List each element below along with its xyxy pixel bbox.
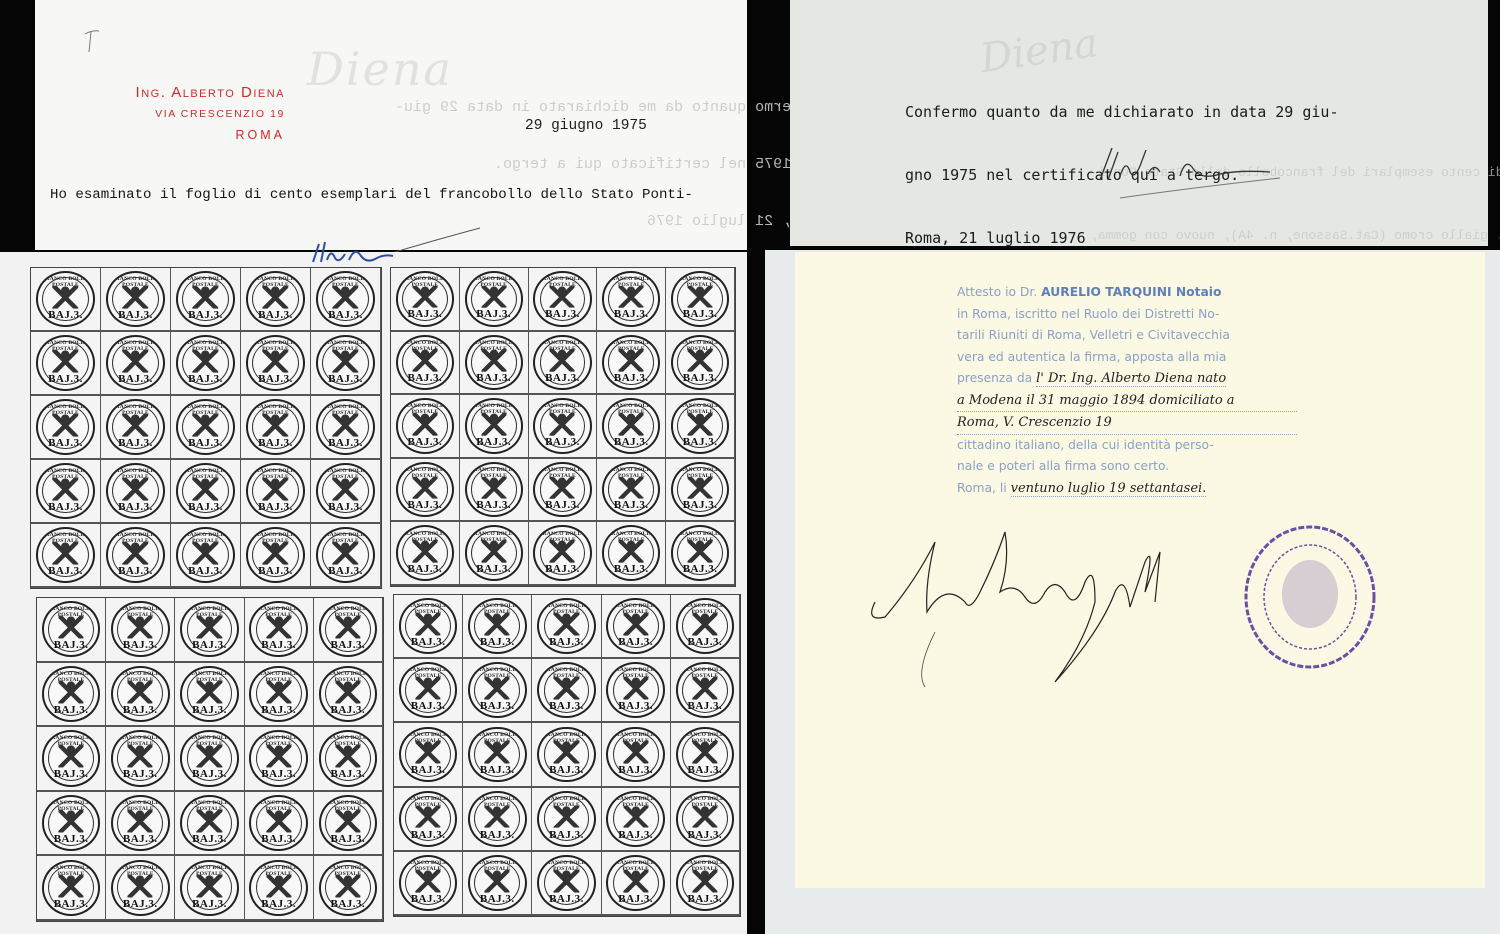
papal-keys-icon [416,805,441,828]
stamp-oval: FRANCO BOLLO POSTALEBAJ.3. [176,527,235,583]
stamp: FRANCO BOLLO POSTALEBAJ.3. [314,663,383,728]
stamp: FRANCO BOLLO POSTALEBAJ.3. [460,459,529,523]
papal-keys-icon [197,616,222,639]
stamp: FRANCO BOLLO POSTALEBAJ.3. [175,663,244,728]
stamp-oval: FRANCO BOLLO POSTALEBAJ.3. [533,271,591,326]
papal-keys-icon [554,677,579,700]
papal-keys-icon [481,285,506,308]
stamp-oval: FRANCO BOLLO POSTALEBAJ.3. [246,335,305,391]
stamp-oval: FRANCO BOLLO POSTALEBAJ.3. [36,399,95,455]
stamp: FRANCO BOLLO POSTALEBAJ.3. [241,396,311,460]
stamp-value: BAJ.3. [251,639,306,651]
stamp-value: BAJ.3. [608,893,663,905]
stamp-oval: FRANCO BOLLO POSTALEBAJ.3. [465,398,523,453]
stamp-value: BAJ.3. [38,309,93,321]
stamp-oval: FRANCO BOLLO POSTALEBAJ.3. [602,335,660,390]
stamp-value: BAJ.3. [467,499,521,511]
stamp-oval: FRANCO BOLLO POSTALEBAJ.3. [180,601,239,657]
stamp-oval: FRANCO BOLLO POSTALEBAJ.3. [676,662,735,718]
stamp-oval: FRANCO BOLLO POSTALEBAJ.3. [671,398,729,453]
stamp-oval: FRANCO BOLLO POSTALEBAJ.3. [468,727,527,783]
stamp-oval: FRANCO BOLLO POSTALEBAJ.3. [36,271,95,327]
stamp-oval: FRANCO BOLLO POSTALEBAJ.3. [106,463,165,519]
stamp-value: BAJ.3. [113,833,168,845]
papal-keys-icon [416,613,441,636]
text: Roma, li [957,481,1011,495]
stamp: FRANCO BOLLO POSTALEBAJ.3. [391,522,460,586]
stamp: FRANCO BOLLO POSTALEBAJ.3. [666,395,735,459]
stamp-value: BAJ.3. [108,373,163,385]
stamp-oval: FRANCO BOLLO POSTALEBAJ.3. [36,527,95,583]
papal-keys-icon [263,350,288,373]
stamp: FRANCO BOLLO POSTALEBAJ.3. [314,792,383,857]
stamp-oval: FRANCO BOLLO POSTALEBAJ.3. [249,860,308,916]
papal-keys-icon [412,349,437,372]
stamp-value: BAJ.3. [321,833,376,845]
papal-keys-icon [333,286,358,309]
stamp-value: BAJ.3. [108,309,163,321]
stamp-oval: FRANCO BOLLO POSTALEBAJ.3. [468,598,527,654]
stamp-value: BAJ.3. [539,700,594,712]
papal-keys-icon [193,286,218,309]
stamp: FRANCO BOLLO POSTALEBAJ.3. [463,659,532,723]
stamp: FRANCO BOLLO POSTALEBAJ.3. [602,595,671,659]
papal-keys-icon [197,680,222,703]
text: presenza da [957,371,1032,385]
stamp-oval: FRANCO BOLLO POSTALEBAJ.3. [537,598,596,654]
stamp-oval: FRANCO BOLLO POSTALEBAJ.3. [319,666,378,722]
stamp-value: BAJ.3. [535,372,589,384]
stamp: FRANCO BOLLO POSTALEBAJ.3. [394,852,463,916]
stamp-oval: FRANCO BOLLO POSTALEBAJ.3. [606,727,665,783]
papal-keys-icon [412,476,437,499]
papal-keys-icon [128,616,153,639]
stamp: FRANCO BOLLO POSTALEBAJ.3. [241,460,311,524]
stamp: FRANCO BOLLO POSTALEBAJ.3. [602,723,671,787]
notary-line: presenza da l' Dr. Ing. Alberto Diena na… [957,368,1297,390]
stamp-value: BAJ.3. [38,373,93,385]
stamp-value: BAJ.3. [113,639,168,651]
papal-keys-icon [197,809,222,832]
papal-keys-icon [263,414,288,437]
stamp-oval: FRANCO BOLLO POSTALEBAJ.3. [468,855,527,911]
stamp-oval: FRANCO BOLLO POSTALEBAJ.3. [246,527,305,583]
stamp-oval: FRANCO BOLLO POSTALEBAJ.3. [465,271,523,326]
stamp: FRANCO BOLLO POSTALEBAJ.3. [597,332,666,396]
stamp: FRANCO BOLLO POSTALEBAJ.3. [314,598,383,663]
papal-keys-icon [623,613,648,636]
stamp: FRANCO BOLLO POSTALEBAJ.3. [106,792,175,857]
stamp-value: BAJ.3. [673,372,727,384]
stamp: FRANCO BOLLO POSTALEBAJ.3. [245,792,314,857]
confirmation-line: Confermo quanto da me dichiarato in data… [905,102,1338,123]
papal-keys-icon [550,349,575,372]
papal-keys-icon [123,414,148,437]
papal-keys-icon [123,286,148,309]
stamp-value: BAJ.3. [673,563,727,575]
stamp: FRANCO BOLLO POSTALEBAJ.3. [31,524,101,588]
stamp: FRANCO BOLLO POSTALEBAJ.3. [311,332,381,396]
stamp: FRANCO BOLLO POSTALEBAJ.3. [597,395,666,459]
stamp: FRANCO BOLLO POSTALEBAJ.3. [532,659,601,723]
stamp: FRANCO BOLLO POSTALEBAJ.3. [31,396,101,460]
papal-keys-icon [59,680,84,703]
stamp: FRANCO BOLLO POSTALEBAJ.3. [245,856,314,921]
stamp-oval: FRANCO BOLLO POSTALEBAJ.3. [676,855,735,911]
papal-keys-icon [481,413,506,436]
stamp: FRANCO BOLLO POSTALEBAJ.3. [597,459,666,523]
papal-keys-icon [53,542,78,565]
stamp-value: BAJ.3. [604,499,658,511]
stamp: FRANCO BOLLO POSTALEBAJ.3. [463,723,532,787]
stamp-value: BAJ.3. [248,373,303,385]
stamp-value: BAJ.3. [470,636,525,648]
certificate-sheet: Diena Confermo quanto da me dichiarato i… [35,0,747,250]
stamp-oval: FRANCO BOLLO POSTALEBAJ.3. [606,791,665,847]
stamp: FRANCO BOLLO POSTALEBAJ.3. [106,856,175,921]
stamp-oval: FRANCO BOLLO POSTALEBAJ.3. [468,791,527,847]
stamp-value: BAJ.3. [178,565,233,577]
notary-attestation: Attesto io Dr. AURELIO TARQUINI Notaio i… [795,252,1485,888]
stamp: FRANCO BOLLO POSTALEBAJ.3. [171,268,241,332]
stamp-value: BAJ.3. [113,768,168,780]
papal-keys-icon [554,741,579,764]
stamp-oval: FRANCO BOLLO POSTALEBAJ.3. [111,795,170,851]
stamp-oval: FRANCO BOLLO POSTALEBAJ.3. [176,271,235,327]
stamp: FRANCO BOLLO POSTALEBAJ.3. [245,663,314,728]
stamp: FRANCO BOLLO POSTALEBAJ.3. [101,524,171,588]
stamp: FRANCO BOLLO POSTALEBAJ.3. [101,268,171,332]
stamp: FRANCO BOLLO POSTALEBAJ.3. [37,727,106,792]
stamp-value: BAJ.3. [113,898,168,910]
letterhead-street: VIA CRESCENZIO 19 [85,104,285,124]
stamp-oval: FRANCO BOLLO POSTALEBAJ.3. [42,860,101,916]
stamp: FRANCO BOLLO POSTALEBAJ.3. [311,396,381,460]
stamp: FRANCO BOLLO POSTALEBAJ.3. [241,524,311,588]
stamp-oval: FRANCO BOLLO POSTALEBAJ.3. [319,795,378,851]
papal-keys-icon [550,476,575,499]
stamp: FRANCO BOLLO POSTALEBAJ.3. [391,459,460,523]
stamp-value: BAJ.3. [398,563,452,575]
papal-keys-icon [53,350,78,373]
stamp-oval: FRANCO BOLLO POSTALEBAJ.3. [671,525,729,580]
stamp-value: BAJ.3. [318,373,373,385]
stamp: FRANCO BOLLO POSTALEBAJ.3. [391,395,460,459]
stamp: FRANCO BOLLO POSTALEBAJ.3. [171,332,241,396]
papal-keys-icon [619,476,644,499]
stamp-value: BAJ.3. [535,308,589,320]
stamp-oval: FRANCO BOLLO POSTALEBAJ.3. [399,855,458,911]
stamp-oval: FRANCO BOLLO POSTALEBAJ.3. [249,730,308,786]
stamp: FRANCO BOLLO POSTALEBAJ.3. [460,395,529,459]
stamp-value: BAJ.3. [44,639,99,651]
stamp-oval: FRANCO BOLLO POSTALEBAJ.3. [606,855,665,911]
papal-keys-icon [53,414,78,437]
stamp-oval: FRANCO BOLLO POSTALEBAJ.3. [465,462,523,517]
stamp: FRANCO BOLLO POSTALEBAJ.3. [597,268,666,332]
stamp: FRANCO BOLLO POSTALEBAJ.3. [666,268,735,332]
stamp-value: BAJ.3. [535,499,589,511]
stamp-value: BAJ.3. [248,501,303,513]
stamp-oval: FRANCO BOLLO POSTALEBAJ.3. [399,662,458,718]
stamp: FRANCO BOLLO POSTALEBAJ.3. [671,723,740,787]
stamp-value: BAJ.3. [248,565,303,577]
stamp-value: BAJ.3. [401,636,456,648]
stamp-value: BAJ.3. [108,437,163,449]
stamp: FRANCO BOLLO POSTALEBAJ.3. [529,522,598,586]
stamp: FRANCO BOLLO POSTALEBAJ.3. [671,659,740,723]
stamp-oval: FRANCO BOLLO POSTALEBAJ.3. [537,727,596,783]
stamp-oval: FRANCO BOLLO POSTALEBAJ.3. [396,398,454,453]
papal-keys-icon [481,540,506,563]
papal-keys-icon [623,869,648,892]
stamp-oval: FRANCO BOLLO POSTALEBAJ.3. [399,791,458,847]
papal-keys-icon [128,809,153,832]
stamp-value: BAJ.3. [178,437,233,449]
stamp-value: BAJ.3. [178,373,233,385]
stamp-oval: FRANCO BOLLO POSTALEBAJ.3. [671,335,729,390]
stamp: FRANCO BOLLO POSTALEBAJ.3. [532,595,601,659]
notary-line: tarili Riuniti di Roma, Velletri e Civit… [957,325,1297,347]
papal-keys-icon [335,874,360,897]
stamp-value: BAJ.3. [467,436,521,448]
stamp-oval: FRANCO BOLLO POSTALEBAJ.3. [602,525,660,580]
stamp-value: BAJ.3. [604,372,658,384]
stamp-oval: FRANCO BOLLO POSTALEBAJ.3. [396,335,454,390]
stamp: FRANCO BOLLO POSTALEBAJ.3. [671,595,740,659]
stamp-oval: FRANCO BOLLO POSTALEBAJ.3. [316,399,375,455]
papal-keys-icon [193,414,218,437]
stamp-value: BAJ.3. [248,437,303,449]
stamp-value: BAJ.3. [467,372,521,384]
papal-keys-icon [333,350,358,373]
papal-keys-icon [197,874,222,897]
stamp-oval: FRANCO BOLLO POSTALEBAJ.3. [42,795,101,851]
stamp-value: BAJ.3. [401,893,456,905]
stamp-oval: FRANCO BOLLO POSTALEBAJ.3. [399,598,458,654]
papal-keys-icon [481,349,506,372]
papal-keys-icon [123,542,148,565]
notary-line: Roma, li ventuno luglio 19 settantasei. [957,478,1297,500]
notary-line: vera ed autentica la firma, apposta alla… [957,347,1297,369]
stamp-oval: FRANCO BOLLO POSTALEBAJ.3. [319,601,378,657]
stamp-oval: FRANCO BOLLO POSTALEBAJ.3. [606,598,665,654]
letterhead-name: Ing. Alberto Diena [85,82,285,104]
stamp-oval: FRANCO BOLLO POSTALEBAJ.3. [319,860,378,916]
papal-keys-icon [554,869,579,892]
papal-keys-icon [59,745,84,768]
stamp-oval: FRANCO BOLLO POSTALEBAJ.3. [246,271,305,327]
stamp-oval: FRANCO BOLLO POSTALEBAJ.3. [249,666,308,722]
stamp-oval: FRANCO BOLLO POSTALEBAJ.3. [246,463,305,519]
confirmation-sheet: Diena Ho esaminato il foglio di cento es… [790,0,1488,246]
stamp-oval: FRANCO BOLLO POSTALEBAJ.3. [106,335,165,391]
stamp-oval: FRANCO BOLLO POSTALEBAJ.3. [42,730,101,786]
stamp: FRANCO BOLLO POSTALEBAJ.3. [532,852,601,916]
stamp: FRANCO BOLLO POSTALEBAJ.3. [106,727,175,792]
stamp: FRANCO BOLLO POSTALEBAJ.3. [101,396,171,460]
stamp-value: BAJ.3. [398,436,452,448]
stamp: FRANCO BOLLO POSTALEBAJ.3. [106,663,175,728]
notary-stamp-text: Attesto io Dr. AURELIO TARQUINI Notaio i… [957,282,1297,499]
papal-keys-icon [550,413,575,436]
stamp: FRANCO BOLLO POSTALEBAJ.3. [311,460,381,524]
stamp-value: BAJ.3. [251,768,306,780]
stamp-value: BAJ.3. [608,829,663,841]
papal-keys-icon [619,285,644,308]
stamp-oval: FRANCO BOLLO POSTALEBAJ.3. [316,463,375,519]
papal-keys-icon [485,869,510,892]
notary-line: Attesto io Dr. AURELIO TARQUINI Notaio [957,282,1297,304]
stamp-value: BAJ.3. [535,563,589,575]
stamp-oval: FRANCO BOLLO POSTALEBAJ.3. [468,662,527,718]
stamp-oval: FRANCO BOLLO POSTALEBAJ.3. [180,730,239,786]
stamp-value: BAJ.3. [398,499,452,511]
papal-keys-icon [263,542,288,565]
papal-keys-icon [481,476,506,499]
stamp-value: BAJ.3. [321,639,376,651]
text: Notaio [1172,285,1222,299]
stamp-oval: FRANCO BOLLO POSTALEBAJ.3. [180,795,239,851]
stamp-value: BAJ.3. [182,833,237,845]
stamp: FRANCO BOLLO POSTALEBAJ.3. [31,460,101,524]
papal-keys-icon [333,542,358,565]
papal-keys-icon [688,413,713,436]
papal-keys-icon [416,869,441,892]
stamp: FRANCO BOLLO POSTALEBAJ.3. [394,659,463,723]
stamp-value: BAJ.3. [604,436,658,448]
papal-keys-icon [197,745,222,768]
stamp-value: BAJ.3. [321,704,376,716]
papal-keys-icon [550,285,575,308]
papal-keys-icon [550,540,575,563]
papal-keys-icon [485,677,510,700]
stamp-value: BAJ.3. [401,829,456,841]
papal-keys-icon [623,677,648,700]
stamp: FRANCO BOLLO POSTALEBAJ.3. [463,852,532,916]
stamp-oval: FRANCO BOLLO POSTALEBAJ.3. [676,791,735,847]
papal-keys-icon [59,616,84,639]
stamp-value: BAJ.3. [38,437,93,449]
blue-signature-icon [305,238,395,268]
papal-keys-icon [692,805,717,828]
papal-keys-icon [688,285,713,308]
stamp-value: BAJ.3. [673,499,727,511]
stamp: FRANCO BOLLO POSTALEBAJ.3. [463,595,532,659]
papal-keys-icon [193,542,218,565]
stamp-oval: FRANCO BOLLO POSTALEBAJ.3. [602,398,660,453]
stamp-oval: FRANCO BOLLO POSTALEBAJ.3. [316,271,375,327]
stamp-oval: FRANCO BOLLO POSTALEBAJ.3. [606,662,665,718]
papal-keys-icon [412,540,437,563]
stamp-value: BAJ.3. [678,829,733,841]
handwritten-field: l' Dr. Ing. Alberto Diena nato [1036,371,1226,387]
stamp-value: BAJ.3. [321,768,376,780]
stamp: FRANCO BOLLO POSTALEBAJ.3. [175,856,244,921]
stamp-oval: FRANCO BOLLO POSTALEBAJ.3. [537,662,596,718]
papal-keys-icon [123,478,148,501]
stamp: FRANCO BOLLO POSTALEBAJ.3. [597,522,666,586]
stamp: FRANCO BOLLO POSTALEBAJ.3. [101,332,171,396]
stamp-block-bottom-left: FRANCO BOLLO POSTALEBAJ.3.FRANCO BOLLO P… [36,597,384,922]
stamp: FRANCO BOLLO POSTALEBAJ.3. [171,460,241,524]
stamp-oval: FRANCO BOLLO POSTALEBAJ.3. [249,601,308,657]
stamp-oval: FRANCO BOLLO POSTALEBAJ.3. [533,462,591,517]
stamp: FRANCO BOLLO POSTALEBAJ.3. [37,792,106,857]
stamp: FRANCO BOLLO POSTALEBAJ.3. [666,459,735,523]
handwritten-date: ventuno luglio 19 settantasei. [1011,481,1207,497]
stamp-sheet-photo: FRANCO BOLLO POSTALEBAJ.3.FRANCO BOLLO P… [0,252,747,934]
stamp-oval: FRANCO BOLLO POSTALEBAJ.3. [249,795,308,851]
papal-keys-icon [485,741,510,764]
stamp: FRANCO BOLLO POSTALEBAJ.3. [311,268,381,332]
stamp-value: BAJ.3. [251,898,306,910]
text: Attesto io Dr. [957,285,1041,299]
stamp: FRANCO BOLLO POSTALEBAJ.3. [101,460,171,524]
stamp-oval: FRANCO BOLLO POSTALEBAJ.3. [602,271,660,326]
stamp-oval: FRANCO BOLLO POSTALEBAJ.3. [537,855,596,911]
stamp: FRANCO BOLLO POSTALEBAJ.3. [37,663,106,728]
stamp: FRANCO BOLLO POSTALEBAJ.3. [31,332,101,396]
stamp: FRANCO BOLLO POSTALEBAJ.3. [666,522,735,586]
notary-line: nale e poteri alla firma sono certo. [957,456,1297,478]
stamp-value: BAJ.3. [44,833,99,845]
stamp-value: BAJ.3. [398,308,452,320]
stamp: FRANCO BOLLO POSTALEBAJ.3. [241,268,311,332]
stamp-value: BAJ.3. [678,636,733,648]
papal-keys-icon [266,809,291,832]
stamp-value: BAJ.3. [178,501,233,513]
stamp-value: BAJ.3. [539,636,594,648]
signature-icon [1090,140,1290,200]
stamp-value: BAJ.3. [470,700,525,712]
stamp: FRANCO BOLLO POSTALEBAJ.3. [460,332,529,396]
papal-keys-icon [59,874,84,897]
stamp-oval: FRANCO BOLLO POSTALEBAJ.3. [316,335,375,391]
stamp: FRANCO BOLLO POSTALEBAJ.3. [529,395,598,459]
stamp-block-top-right: FRANCO BOLLO POSTALEBAJ.3.FRANCO BOLLO P… [390,267,736,587]
stamp: FRANCO BOLLO POSTALEBAJ.3. [394,723,463,787]
stamp-oval: FRANCO BOLLO POSTALEBAJ.3. [465,525,523,580]
stamp-value: BAJ.3. [318,437,373,449]
stamp: FRANCO BOLLO POSTALEBAJ.3. [666,332,735,396]
stamp: FRANCO BOLLO POSTALEBAJ.3. [460,268,529,332]
stamp-oval: FRANCO BOLLO POSTALEBAJ.3. [399,727,458,783]
papal-keys-icon [193,350,218,373]
papal-keys-icon [416,677,441,700]
pencil-mark-icon [83,28,101,54]
stamp: FRANCO BOLLO POSTALEBAJ.3. [37,856,106,921]
stamp: FRANCO BOLLO POSTALEBAJ.3. [602,852,671,916]
stamp-value: BAJ.3. [678,893,733,905]
stamp-value: BAJ.3. [535,436,589,448]
papal-keys-icon [692,869,717,892]
notary-line: cittadino italiano, della cui identità p… [957,435,1297,457]
stamp: FRANCO BOLLO POSTALEBAJ.3. [529,268,598,332]
stamp-oval: FRANCO BOLLO POSTALEBAJ.3. [106,399,165,455]
stamp-value: BAJ.3. [44,768,99,780]
papal-keys-icon [333,478,358,501]
stamp-value: BAJ.3. [608,700,663,712]
stamp-oval: FRANCO BOLLO POSTALEBAJ.3. [111,730,170,786]
stamp-value: BAJ.3. [539,893,594,905]
stamp: FRANCO BOLLO POSTALEBAJ.3. [171,396,241,460]
stamp: FRANCO BOLLO POSTALEBAJ.3. [171,524,241,588]
papal-keys-icon [335,616,360,639]
stamp-oval: FRANCO BOLLO POSTALEBAJ.3. [676,727,735,783]
stamp-oval: FRANCO BOLLO POSTALEBAJ.3. [111,666,170,722]
body-line: Ho esaminato il foglio di cento esemplar… [50,185,740,207]
